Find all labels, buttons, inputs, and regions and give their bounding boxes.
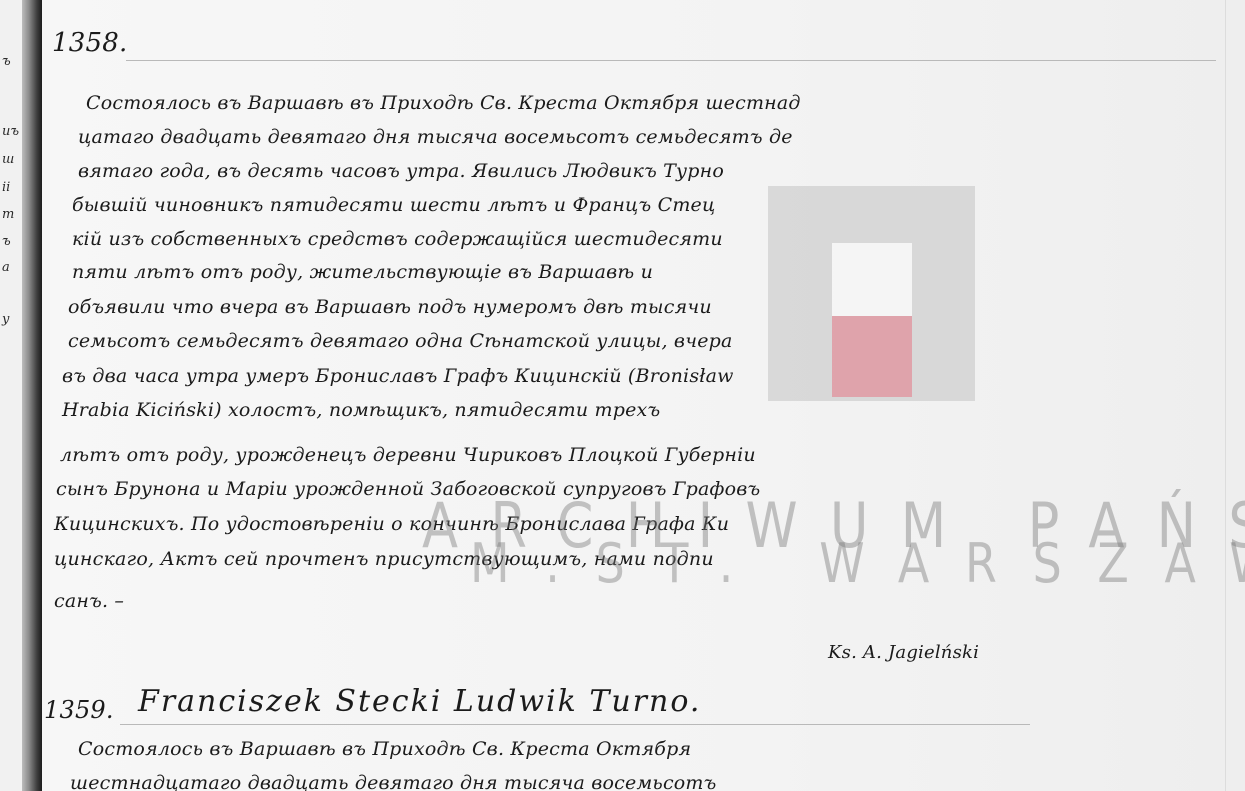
margin-fragment: ъ: [2, 52, 11, 72]
entry-header-rule: [120, 724, 1030, 725]
priest-signature: Ks. A. Jagielński: [828, 642, 979, 663]
logo-white-square: [832, 243, 912, 316]
entry-1358-line-3: вятаго года, въ десять часовъ утра. Явил…: [78, 160, 724, 182]
entry-1358-line-4: бывшій чиновникъ пятидесяти шести лѣтъ и…: [72, 194, 715, 216]
entry-1358-line-11: лѣтъ отъ роду, урожденецъ деревни Чирико…: [60, 444, 756, 466]
margin-fragment: а: [2, 258, 10, 278]
entry-1358-line-8: семьсотъ семьдесятъ девятаго одна Сѣнатс…: [68, 330, 733, 352]
margin-fragment: ъ: [2, 232, 11, 252]
entry-1358-line-1: Состоялось въ Варшавѣ въ Приходѣ Св. Кре…: [86, 92, 801, 114]
margin-fragment: ii: [2, 178, 10, 198]
previous-page-margin-text: ъ иъ ш ii т ъ а у: [0, 0, 22, 791]
margin-fragment: т: [2, 205, 14, 225]
entry-1359-line-2: шестнадцатаго двадцать девятаго дня тыся…: [70, 772, 717, 791]
entry-1358-line-2: цатаго двадцать девятаго дня тысяча восе…: [78, 126, 793, 148]
right-margin-rule: [1225, 0, 1226, 791]
margin-fragment: ш: [2, 150, 14, 170]
entry-number-1358: 1358.: [52, 28, 127, 58]
entry-1359-line-1: Состоялось въ Варшавѣ въ Приходѣ Св. Кре…: [78, 738, 691, 760]
margin-fragment: у: [2, 310, 10, 330]
entry-1358-line-9: въ два часа утра умеръ Брониславъ Графъ …: [62, 365, 734, 387]
entry-1358-line-6: пяти лѣтъ отъ роду, жительствующіе въ Ва…: [72, 261, 653, 283]
entry-header-rule: [126, 60, 1216, 61]
entry-1358-line-7: объявили что вчера въ Варшавѣ подъ нумер…: [68, 296, 712, 318]
margin-fragment: иъ: [2, 122, 19, 142]
book-binding-gutter: [22, 0, 42, 791]
entry-1358-line-5: кій изъ собственныхъ средствъ содержащій…: [72, 228, 723, 250]
logo-red-square: [832, 316, 912, 397]
document-page: [42, 0, 1245, 791]
watermark-city-name: M.ST. WARSZAWY: [470, 532, 1245, 595]
entry-1358-line-10: Hrabia Kiciński) холостъ, помѣщикъ, пяти…: [62, 399, 660, 421]
entry-1358-line-15: санъ. –: [54, 590, 124, 612]
entry-1359-names: Franciszek Stecki Ludwik Turno.: [138, 684, 701, 719]
entry-number-1359: 1359.: [44, 696, 114, 724]
